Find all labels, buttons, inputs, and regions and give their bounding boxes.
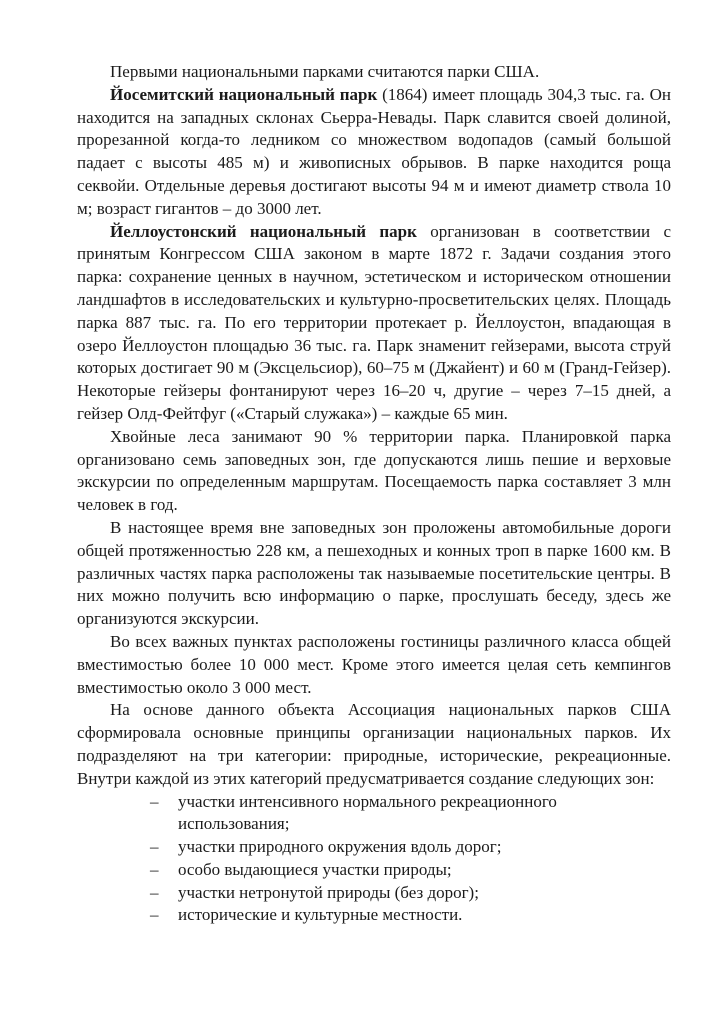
list-item-text: участки нетронутой природы (без дорог); [178,883,479,902]
dash-bullet: – [150,836,159,859]
paragraph-hotels: Во всех важных пунктах расположены гости… [77,631,671,699]
list-item-text: участки природного окружения вдоль дорог… [178,837,501,856]
list-item-text: исторические и культурные местности. [178,905,462,924]
list-item-text: особо выдающиеся участки природы; [178,860,452,879]
dash-bullet: – [150,791,159,814]
list-item: – участки природного окружения вдоль дор… [77,836,671,859]
paragraph-yellowstone-text: организован в соответствии с принятым Ко… [77,222,671,423]
yosemite-park-heading: Йосемитский национальный парк [110,85,377,104]
list-item: – участки нетронутой природы (без дорог)… [77,882,671,905]
document-page: Первыми национальными парками считаются … [0,0,724,1024]
zone-list: – участки интенсивного нормального рекре… [77,791,671,928]
dash-bullet: – [150,904,159,927]
paragraph-yosemite: Йосемитский национальный парк (1864) име… [77,84,671,221]
paragraph-roads: В настоящее время вне заповедных зон про… [77,517,671,631]
paragraph-forests: Хвойные леса занимают 90 % территории па… [77,426,671,517]
list-item: – исторические и культурные местности. [77,904,671,927]
list-item-text: участки интенсивного нормального рекреац… [178,792,557,834]
list-item: – особо выдающиеся участки природы; [77,859,671,882]
paragraph-yosemite-text: (1864) имеет площадь 304,3 тыс. га. Он н… [77,85,671,218]
paragraph-yellowstone: Йеллоустонский национальный парк организ… [77,221,671,426]
dash-bullet: – [150,882,159,905]
paragraph-intro: Первыми национальными парками считаются … [77,61,671,84]
yellowstone-park-heading: Йеллоустонский национальный парк [110,222,417,241]
dash-bullet: – [150,859,159,882]
paragraph-principles: На основе данного объекта Ассоциация нац… [77,699,671,790]
list-item: – участки интенсивного нормального рекре… [77,791,671,837]
